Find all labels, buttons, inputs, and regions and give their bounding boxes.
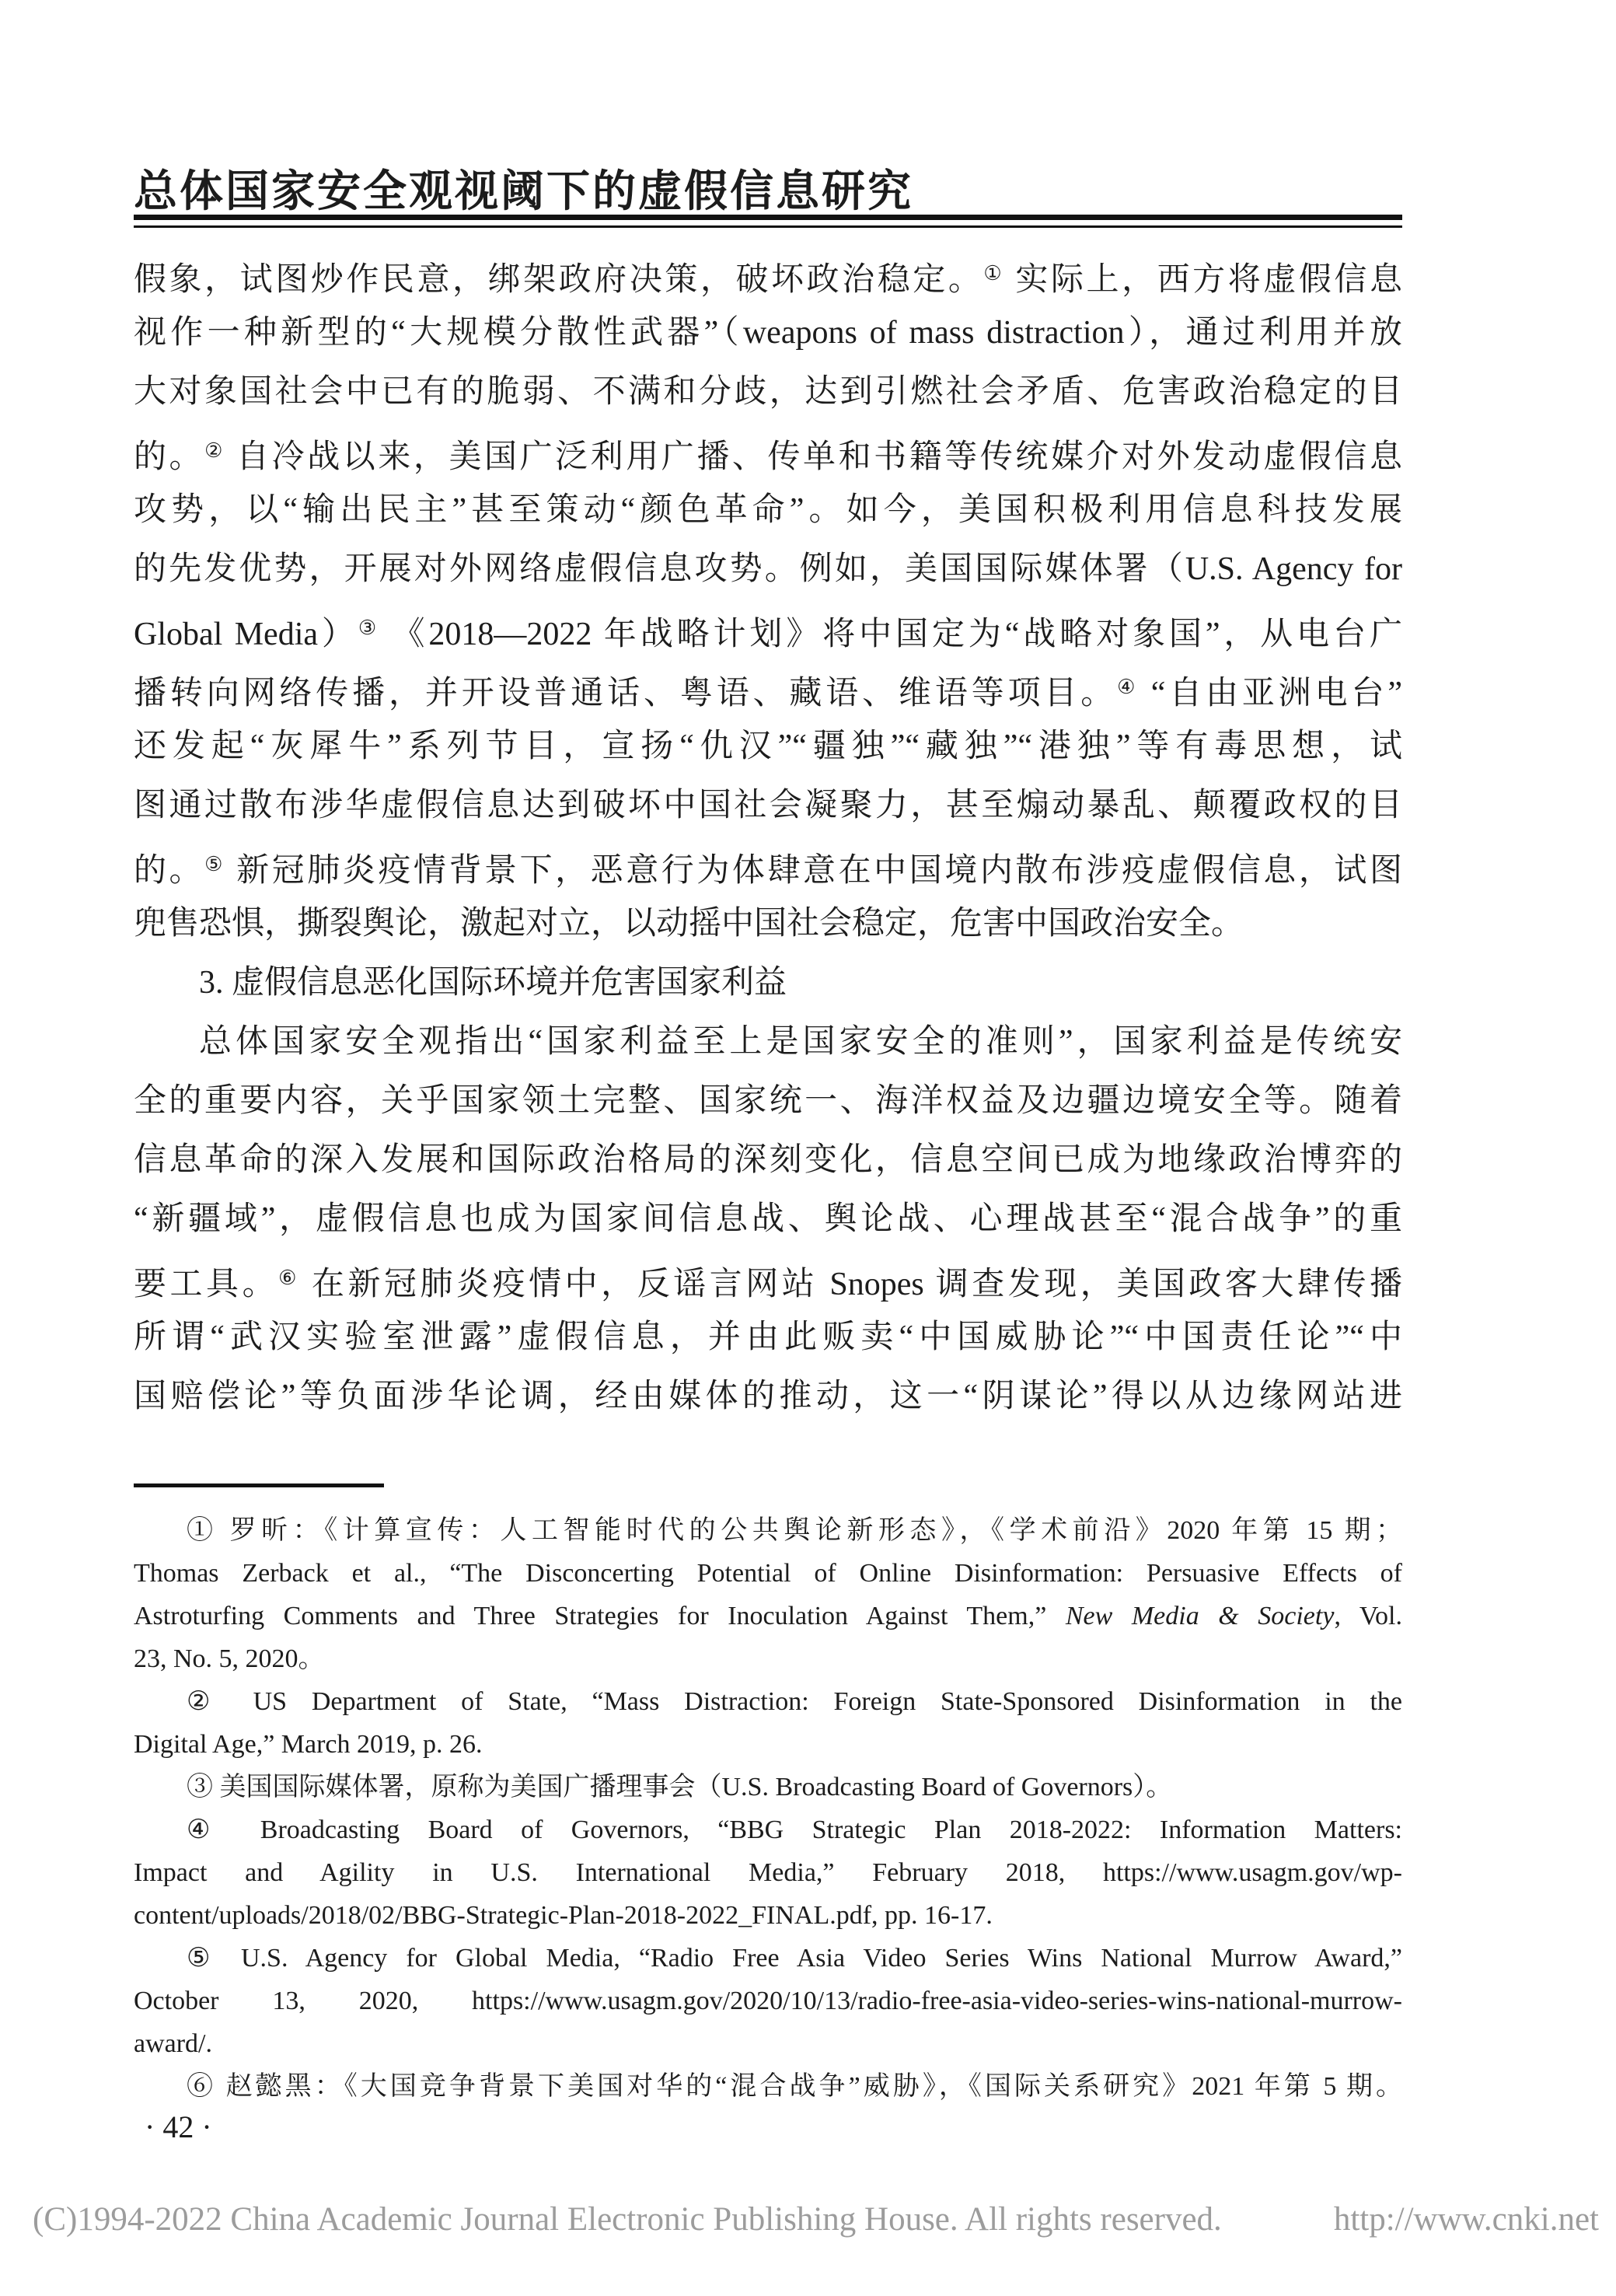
body-line: 信息革命的深入发展和国际政治格局的深刻变化，信息空间已成为地缘政治博弈的 xyxy=(134,1131,1402,1190)
footnote-line: Thomas Zerback et al., “The Disconcertin… xyxy=(134,1552,1402,1595)
footnote-marker: ⑥ xyxy=(278,1267,300,1289)
body-line: 播转向网络传播，并开设普通话、粤语、藏语、维语等项目。④ “自由亚洲电台” xyxy=(134,658,1402,717)
journal-name-italic: New Media & Society xyxy=(1046,1602,1334,1630)
footnote-marker: ① xyxy=(983,262,1004,285)
footnote-line: ⑥ 赵懿黑：《大国竞争背景下美国对华的“混合战争”威胁》，《国际关系研究》202… xyxy=(134,2065,1402,2108)
body-line: “新疆域”，虚假信息也成为国家间信息战、舆论战、心理战甚至“混合战争”的重 xyxy=(134,1190,1402,1249)
footnote-line: Digital Age,” March 2019, p. 26. xyxy=(134,1723,1402,1766)
body-line: 的先发优势，开展对外网络虚假信息攻势。例如，美国国际媒体署（U.S. Agenc… xyxy=(134,540,1402,599)
footnotes-block: ① 罗昕：《计算宣传：人工智能时代的公共舆论新形态》，《学术前沿》2020 年第… xyxy=(134,1509,1402,2108)
body-text-block: 假象，试图炒作民意，绑架政府决策，破坏政治稳定。① 实际上，西方将虚假信息 视作… xyxy=(134,244,1402,1426)
body-line: 视作一种新型的“大规模分散性武器”（weapons of mass distra… xyxy=(134,303,1402,362)
body-line: 攻势，以“输出民主”甚至策动“颜色革命”。如今，美国积极利用信息科技发展 xyxy=(134,481,1402,540)
body-line: 的。② 自冷战以来，美国广泛利用广播、传单和书籍等传统媒介对外发动虚假信息 xyxy=(134,421,1402,481)
footnote-marker: ② xyxy=(204,439,225,462)
cnki-url: http://www.cnki.net xyxy=(1334,2200,1599,2238)
footnote-line: ⑤ U.S. Agency for Global Media, “Radio F… xyxy=(134,1937,1402,1980)
body-line: 大对象国社会中已有的脆弱、不满和分歧，达到引燃社会矛盾、危害政治稳定的目 xyxy=(134,362,1402,421)
footnote-separator-rule xyxy=(134,1483,384,1487)
footnote-line: Astroturfing Comments and Three Strategi… xyxy=(134,1595,1402,1637)
body-line: 图通过散布涉华虚假信息达到破坏中国社会凝聚力，甚至煽动暴乱、颠覆政权的目 xyxy=(134,776,1402,835)
footnote-text-segment: , Vol. xyxy=(1334,1602,1402,1630)
footnote-line: award/. xyxy=(134,2022,1402,2065)
body-line: 要工具。⑥ 在新冠肺炎疫情中，反谣言网站 Snopes 调查发现，美国政客大肆传… xyxy=(134,1249,1402,1308)
section-heading: 3. 虚假信息恶化国际环境并危害国家利益 xyxy=(134,953,1402,1012)
footnote-line: ④ Broadcasting Board of Governors, “BBG … xyxy=(134,1808,1402,1851)
footnote-marker: ④ xyxy=(1117,676,1139,698)
body-line: 总体国家安全观指出“国家利益至上是国家安全的准则”，国家利益是传统安 xyxy=(134,1012,1402,1071)
footnote-line: ① 罗昕：《计算宣传：人工智能时代的公共舆论新形态》，《学术前沿》2020 年第… xyxy=(134,1509,1402,1552)
watermark-footer: (C)1994-2022 China Academic Journal Elec… xyxy=(33,2200,1599,2238)
body-line: 国赔偿论”等负面涉华论调，经由媒体的推动，这一“阴谋论”得以从边缘网站进 xyxy=(134,1367,1402,1426)
footnote-marker: ③ xyxy=(358,617,380,639)
footnote-line: content/uploads/2018/02/BBG-Strategic-Pl… xyxy=(134,1894,1402,1937)
running-head-title: 总体国家安全观视阈下的虚假信息研究 xyxy=(134,157,913,219)
page-number: · 42 · xyxy=(145,2109,212,2145)
footnote-text-segment: Astroturfing Comments and Three Strategi… xyxy=(134,1602,1046,1630)
body-line: 所谓“武汉实验室泄露”虚假信息，并由此贩卖“中国威胁论”“中国责任论”“中 xyxy=(134,1308,1402,1367)
header-rule-thin xyxy=(134,225,1402,228)
body-line: 还发起“灰犀牛”系列节目，宣扬“仇汉”“疆独”“藏独”“港独”等有毒思想，试 xyxy=(134,717,1402,776)
body-line: 全的重要内容，关乎国家领土完整、国家统一、海洋权益及边疆边境安全等。随着 xyxy=(134,1071,1402,1131)
journal-page: 总体国家安全观视阈下的虚假信息研究 假象，试图炒作民意，绑架政府决策，破坏政治稳… xyxy=(0,0,1616,2296)
footnote-line: ② US Department of State, “Mass Distract… xyxy=(134,1680,1402,1723)
body-line: 兜售恐惧，撕裂舆论，激起对立，以动摇中国社会稳定，危害中国政治安全。 xyxy=(134,894,1402,953)
footnote-line: 23, No. 5, 2020。 xyxy=(134,1637,1402,1680)
body-line: Global Media）③ 《2018—2022 年战略计划》将中国定为“战略… xyxy=(134,599,1402,658)
copyright-text: (C)1994-2022 China Academic Journal Elec… xyxy=(33,2200,1222,2238)
footnote-line: ③ 美国国际媒体署，原称为美国广播理事会（U.S. Broadcasting B… xyxy=(134,1766,1402,1808)
body-line: 假象，试图炒作民意，绑架政府决策，破坏政治稳定。① 实际上，西方将虚假信息 xyxy=(134,244,1402,303)
footnote-line: October 13, 2020, https://www.usagm.gov/… xyxy=(134,1980,1402,2022)
header-rule-thick xyxy=(134,215,1402,220)
body-line: 的。⑤ 新冠肺炎疫情背景下，恶意行为体肆意在中国境内散布涉疫虚假信息，试图 xyxy=(134,835,1402,894)
footnote-line: Impact and Agility in U.S. International… xyxy=(134,1851,1402,1894)
footnote-marker: ⑤ xyxy=(204,853,225,875)
